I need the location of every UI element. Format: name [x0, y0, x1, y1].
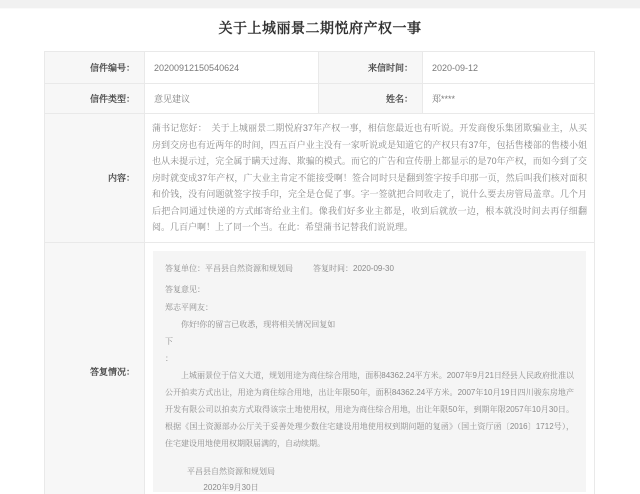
reply-box: 答复单位：平昌县自然资源和规划局答复时间：2020-09-30 答复意见： 郑志… [153, 251, 586, 492]
table-row-letter-no-date: 信件编号： 20200912150540624 来信时间： 2020-09-12 [45, 52, 595, 84]
reply-signature: 平昌县自然资源和规划局 2020年9月30日 [187, 464, 275, 492]
reply-unit-label: 答复单位： [165, 264, 205, 273]
letter-detail-table: 信件编号： 20200912150540624 来信时间： 2020-09-12… [44, 51, 595, 494]
reply-label: 答复情况： [45, 242, 145, 494]
letter-no-value: 20200912150540624 [145, 52, 319, 84]
reply-cell: 答复单位：平昌县自然资源和规划局答复时间：2020-09-30 答复意见： 郑志… [145, 242, 595, 494]
page-title: 关于上城丽景二期悦府产权一事 [0, 18, 640, 38]
table-row-reply: 答复情况： 答复单位：平昌县自然资源和规划局答复时间：2020-09-30 答复… [45, 242, 595, 494]
top-strip [0, 0, 640, 9]
signature-date: 2020年9月30日 [187, 480, 275, 492]
letter-type-value: 意见建议 [145, 84, 319, 114]
content-text: 蒲书记您好： 关于上城丽景二期悦府37年产权一事，相信您最近也有听说。开发商俊乐… [145, 114, 595, 243]
table-row-content: 内容： 蒲书记您好： 关于上城丽景二期悦府37年产权一事，相信您最近也有听说。开… [45, 114, 595, 243]
content-label: 内容： [45, 114, 145, 243]
reply-time-value: 2020-09-30 [353, 264, 394, 273]
reply-meta: 答复单位：平昌县自然资源和规划局答复时间：2020-09-30 [165, 260, 574, 277]
signature-org: 平昌县自然资源和规划局 [187, 464, 275, 480]
table-row-type-name: 信件类型： 意见建议 姓名： 郑**** [45, 84, 595, 114]
reply-time-label: 答复时间： [313, 264, 353, 273]
letter-type-label: 信件类型： [45, 84, 145, 114]
reply-opinion-label: 答复意见： [165, 281, 574, 298]
letter-no-label: 信件编号： [45, 52, 145, 84]
letter-date-value: 2020-09-12 [423, 52, 595, 84]
name-label: 姓名： [319, 84, 423, 114]
reply-body-text: 郑志平网友： 你好!你的留言已收悉，现将相关情况回复如 下 ： 上城丽景位于信义… [165, 299, 574, 452]
letter-date-label: 来信时间： [319, 52, 423, 84]
reply-unit-value: 平昌县自然资源和规划局 [205, 264, 293, 273]
name-value: 郑**** [423, 84, 595, 114]
